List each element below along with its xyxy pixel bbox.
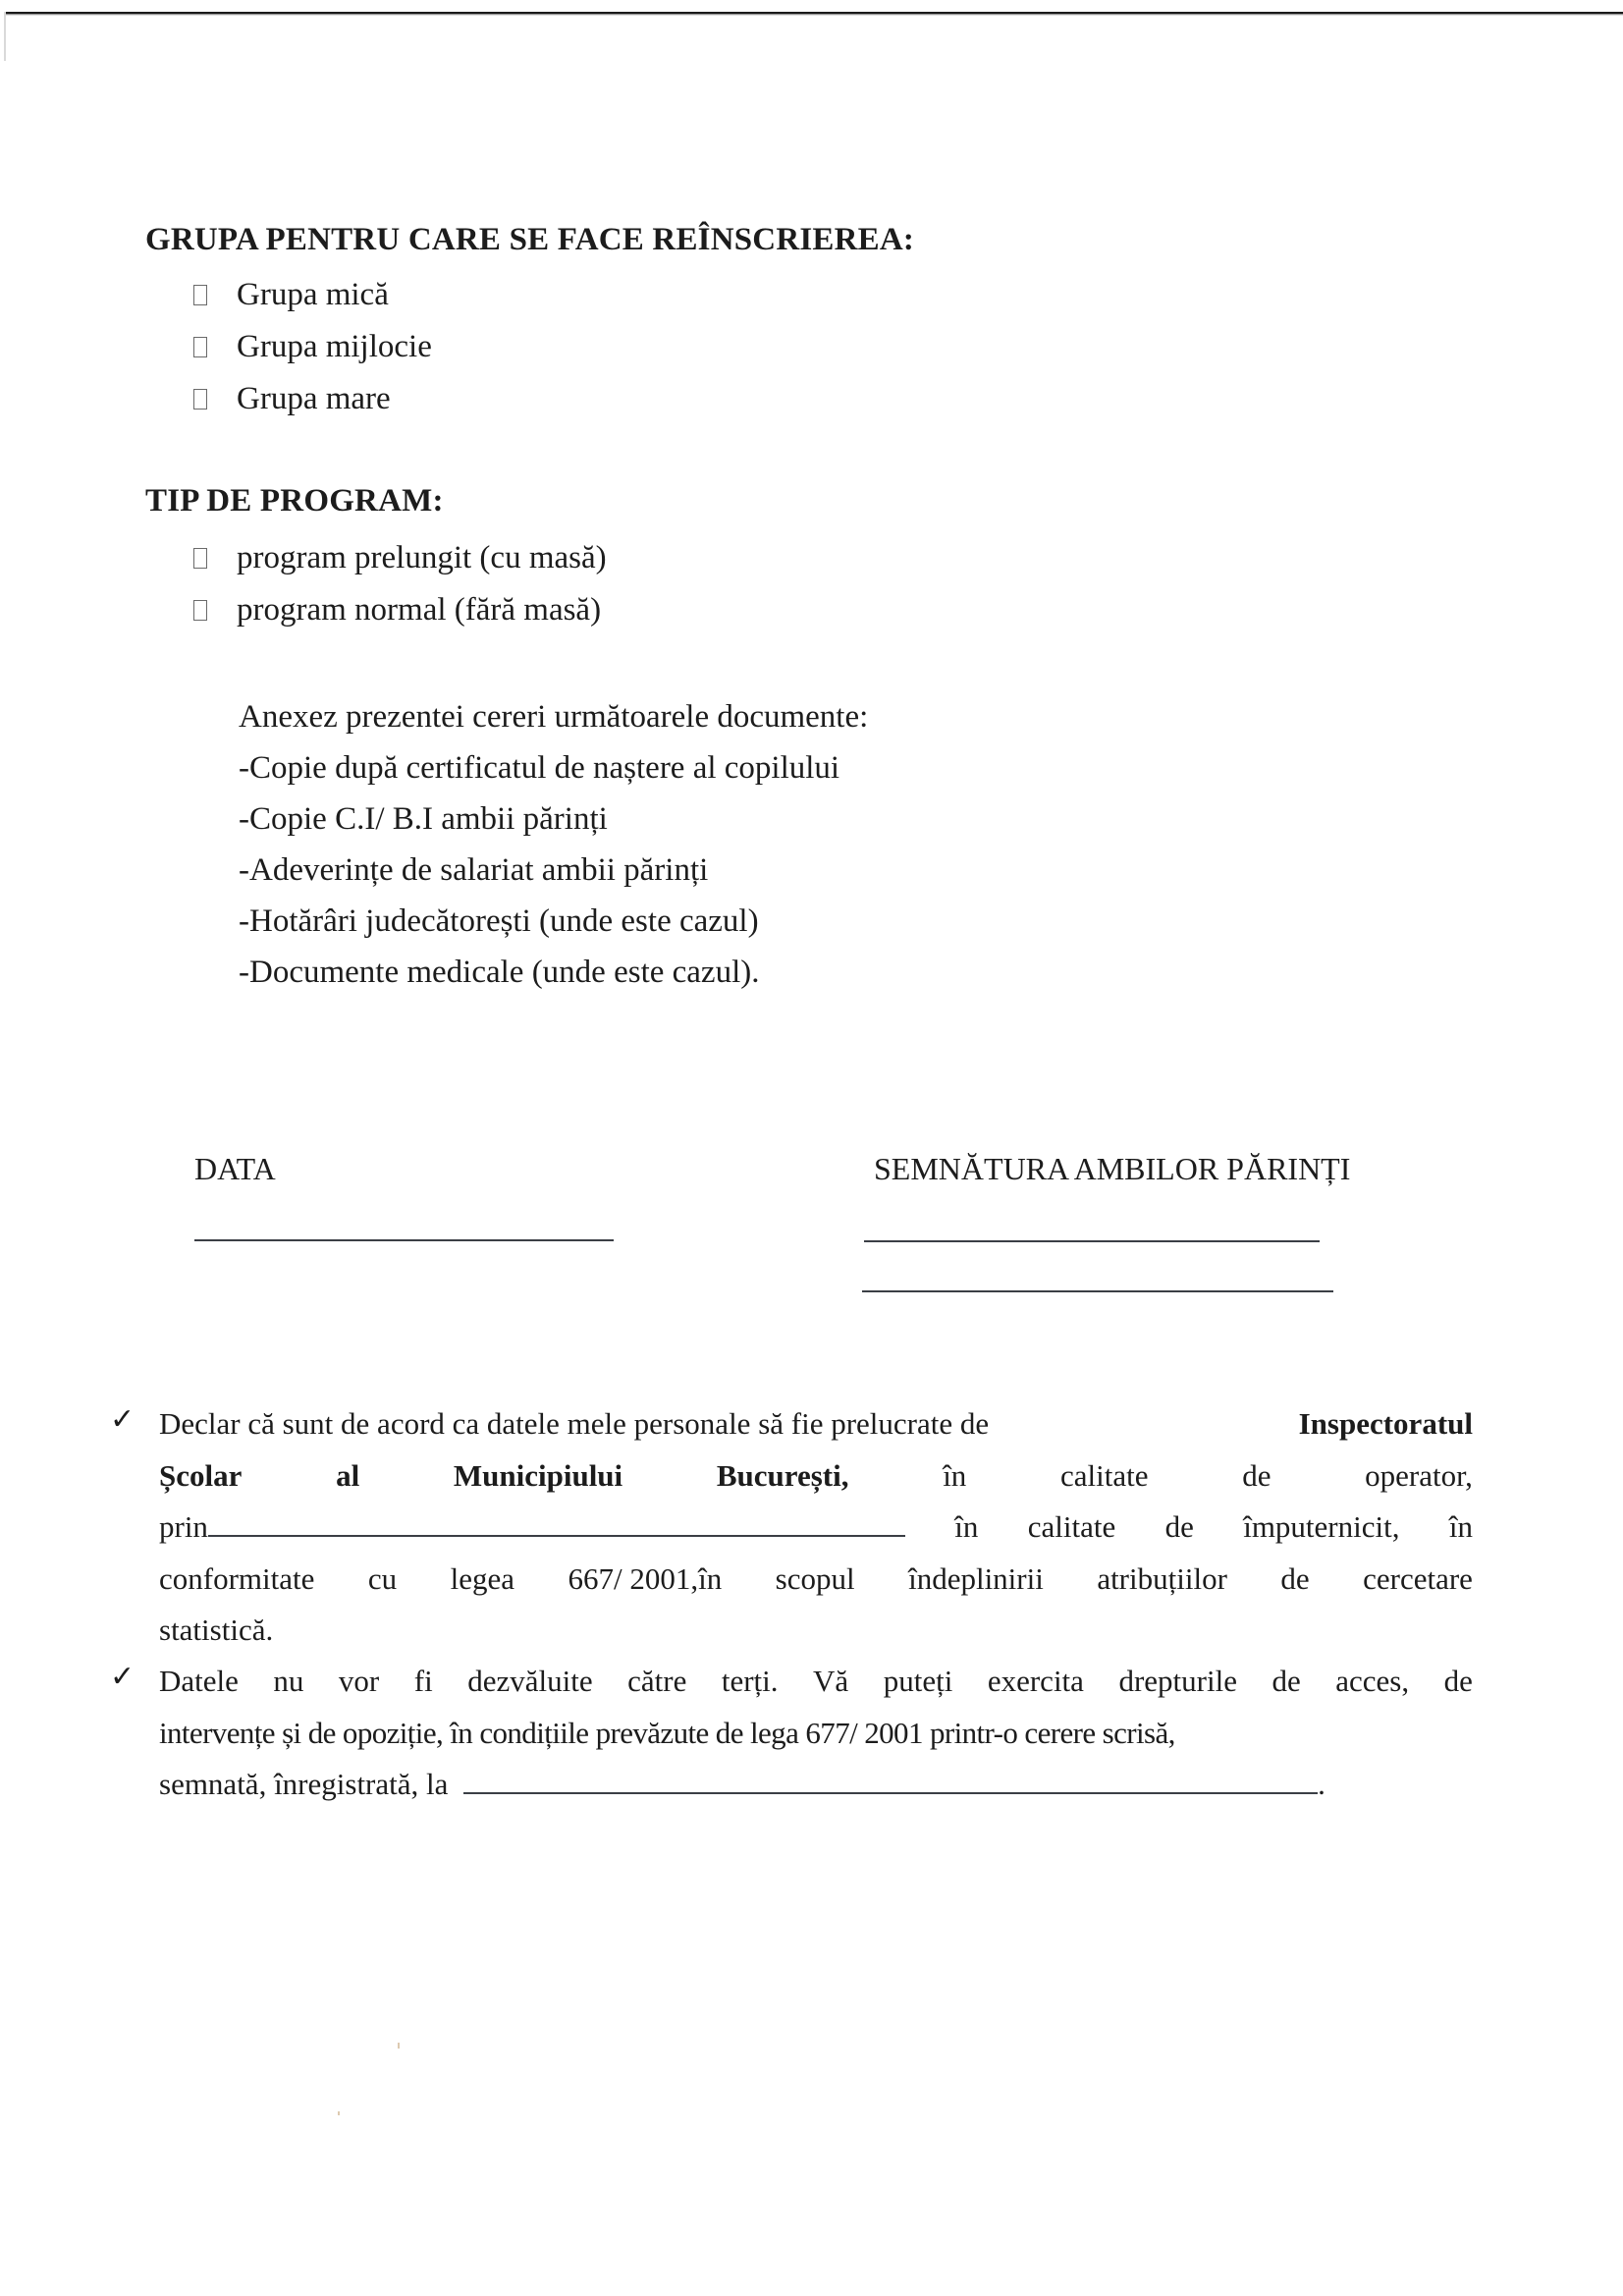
parent-signature-line-1[interactable]	[864, 1240, 1320, 1242]
annex-item: -Hotărâri judecătorești (unde este cazul…	[239, 896, 868, 947]
grupa-heading: GRUPA PENTRU CARE SE FACE REÎNSCRIEREA:	[145, 222, 914, 258]
word: cu	[368, 1554, 397, 1606]
option-label: Grupa mică	[237, 277, 389, 313]
declaration-consent: Declar că sunt de acord ca datele mele p…	[159, 1398, 1473, 1657]
word: în	[943, 1450, 966, 1503]
word: puteți	[884, 1656, 953, 1708]
program-heading: TIP DE PROGRAM:	[145, 483, 444, 519]
operator-name: Inspectoratul	[1299, 1398, 1473, 1450]
check-mark-icon: ✓	[110, 1660, 135, 1694]
declaration-line: statistică.	[159, 1605, 1473, 1657]
word: exercita	[988, 1656, 1084, 1708]
prin-label: prin	[159, 1509, 208, 1544]
word: conformitate	[159, 1554, 314, 1606]
word: calitate	[1028, 1502, 1116, 1554]
annex-item: -Adeverințe de salariat ambii părinți	[239, 845, 868, 896]
declaration-data-rights: Datele nu vor fi dezvăluite către terți.…	[159, 1656, 1473, 1811]
scan-speck	[338, 2111, 340, 2115]
option-grupa-mare[interactable]: Grupa mare	[193, 381, 391, 417]
option-program-prelungit[interactable]: program prelungit (cu masă)	[193, 540, 607, 576]
declaration-line: conformitate cu legea 667/ 2001,în scopu…	[159, 1554, 1473, 1606]
annex-intro: Anexez prezentei cereri următoarele docu…	[239, 691, 868, 742]
option-program-normal[interactable]: program normal (fără masă)	[193, 592, 601, 629]
annex-item: -Copie după certificatul de naștere al c…	[239, 742, 868, 793]
annex-item: -Documente medicale (unde este cazul).	[239, 947, 868, 998]
word: nu	[273, 1656, 303, 1708]
word: îndeplinirii	[908, 1554, 1044, 1606]
word: către	[627, 1656, 686, 1708]
checkbox[interactable]	[193, 285, 207, 305]
word: împuternicit,	[1243, 1502, 1399, 1554]
word: legea	[451, 1554, 514, 1606]
declaration-line: Școlar al Municipiului București, în cal…	[159, 1450, 1473, 1503]
word-part: 2001,în	[629, 1561, 722, 1596]
parent-signature-line-2[interactable]	[862, 1290, 1333, 1292]
word-part: 667/	[568, 1561, 622, 1596]
scan-speck	[398, 2043, 400, 2049]
word: acces,	[1335, 1656, 1409, 1708]
option-label: Grupa mijlocie	[237, 329, 432, 365]
registered-at-label: semnată, înregistrată, la	[159, 1767, 448, 1801]
word: Municipiului	[454, 1450, 622, 1503]
processor-blank-field[interactable]	[208, 1515, 905, 1537]
word: drepturile	[1118, 1656, 1237, 1708]
word: operator,	[1365, 1450, 1473, 1503]
option-label: Grupa mare	[237, 381, 391, 417]
scan-edge-left	[4, 12, 6, 61]
word: de	[1165, 1502, 1194, 1554]
word: al	[336, 1450, 359, 1503]
word: Datele	[159, 1656, 239, 1708]
period: .	[1318, 1767, 1325, 1801]
word: de	[1242, 1450, 1271, 1503]
parents-signature-label: SEMNĂTURA AMBILOR PĂRINȚI	[874, 1151, 1350, 1187]
word: scopul	[776, 1554, 855, 1606]
word: București,	[717, 1450, 849, 1503]
text: Declar că sunt de acord ca datele mele p…	[159, 1398, 989, 1450]
declaration-line: Declar că sunt de acord ca datele mele p…	[159, 1398, 1473, 1450]
word: Școlar	[159, 1450, 242, 1503]
word: calitate	[1060, 1450, 1149, 1503]
word: cercetare	[1363, 1554, 1473, 1606]
word: prin	[159, 1502, 905, 1554]
word: terți.	[722, 1656, 779, 1708]
word: în	[1449, 1502, 1473, 1554]
date-line[interactable]	[194, 1239, 614, 1241]
option-grupa-mica[interactable]: Grupa mică	[193, 277, 389, 313]
check-mark-icon: ✓	[110, 1402, 135, 1437]
checkbox[interactable]	[193, 600, 207, 621]
word: Vă	[813, 1656, 848, 1708]
scan-edge	[4, 12, 1623, 16]
checkbox[interactable]	[193, 389, 207, 410]
word: de	[1271, 1656, 1300, 1708]
annex-item: -Copie C.I/ B.I ambii părinți	[239, 793, 868, 845]
declaration-line: intervențe și de opoziție, în condițiile…	[159, 1708, 1473, 1760]
checkbox[interactable]	[193, 548, 207, 569]
word: atribuțiilor	[1097, 1554, 1227, 1606]
declaration-line: prin în calitate de împuternicit, în	[159, 1502, 1473, 1554]
option-label: program prelungit (cu masă)	[237, 540, 607, 576]
word: de	[1280, 1554, 1309, 1606]
checkbox[interactable]	[193, 337, 207, 357]
word: fi	[414, 1656, 433, 1708]
option-label: program normal (fără masă)	[237, 592, 601, 629]
declaration-line: Datele nu vor fi dezvăluite către terți.…	[159, 1656, 1473, 1708]
annex-list: Anexez prezentei cereri următoarele docu…	[239, 691, 868, 998]
word: în	[954, 1502, 978, 1554]
word: de	[1444, 1656, 1473, 1708]
word: 667/ 2001,în	[568, 1554, 722, 1606]
word: vor	[339, 1656, 379, 1708]
date-label: DATA	[194, 1151, 276, 1187]
option-grupa-mijlocie[interactable]: Grupa mijlocie	[193, 329, 432, 365]
word: dezvăluite	[467, 1656, 592, 1708]
declaration-line: semnată, înregistrată, la .	[159, 1759, 1473, 1811]
registration-blank-field[interactable]	[463, 1773, 1318, 1794]
